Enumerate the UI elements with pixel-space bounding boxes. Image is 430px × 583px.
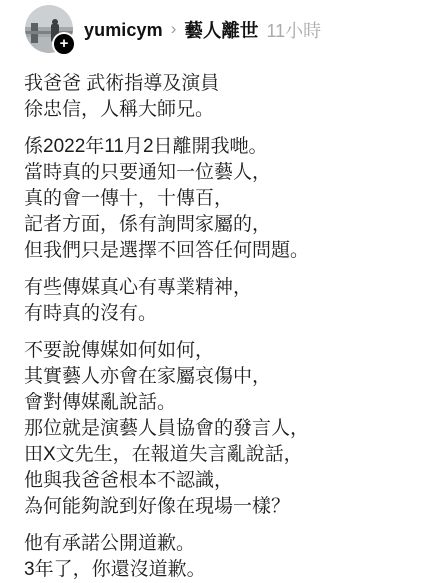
post-header: + yumicym › 藝人離世 11小時	[0, 0, 430, 53]
post-screen: + yumicym › 藝人離世 11小時 我爸爸 武術指導及演員 徐忠信，人稱…	[0, 0, 430, 583]
post-paragraph: 他有承諾公開道歉。 3年了，你還沒道歉。	[24, 531, 412, 583]
name-row: yumicym › 藝人離世 11小時	[84, 15, 321, 43]
post-paragraph: 有些傳媒真心有專業精神， 有時真的沒有。	[24, 275, 412, 327]
post-paragraph: 我爸爸 武術指導及演員 徐忠信，人稱大師兄。	[24, 71, 412, 123]
post-body: 我爸爸 武術指導及演員 徐忠信，人稱大師兄。 係2022年11月2日離開我哋。 …	[24, 71, 412, 583]
post-paragraph: 不要說傳媒如何如何， 其實藝人亦會在家屬哀傷中， 會對傳媒亂說話。 那位就是演藝…	[24, 338, 412, 520]
follow-plus-icon[interactable]: +	[52, 32, 76, 56]
avatar[interactable]: +	[25, 5, 73, 53]
username[interactable]: yumicym	[84, 20, 163, 41]
chevron-right-icon: ›	[171, 19, 177, 39]
timestamp: 11小時	[266, 17, 321, 43]
post-paragraph: 係2022年11月2日離開我哋。 當時真的只要通知一位藝人， 真的會一傳十，十傳…	[24, 134, 412, 264]
topic-link[interactable]: 藝人離世	[184, 17, 258, 43]
